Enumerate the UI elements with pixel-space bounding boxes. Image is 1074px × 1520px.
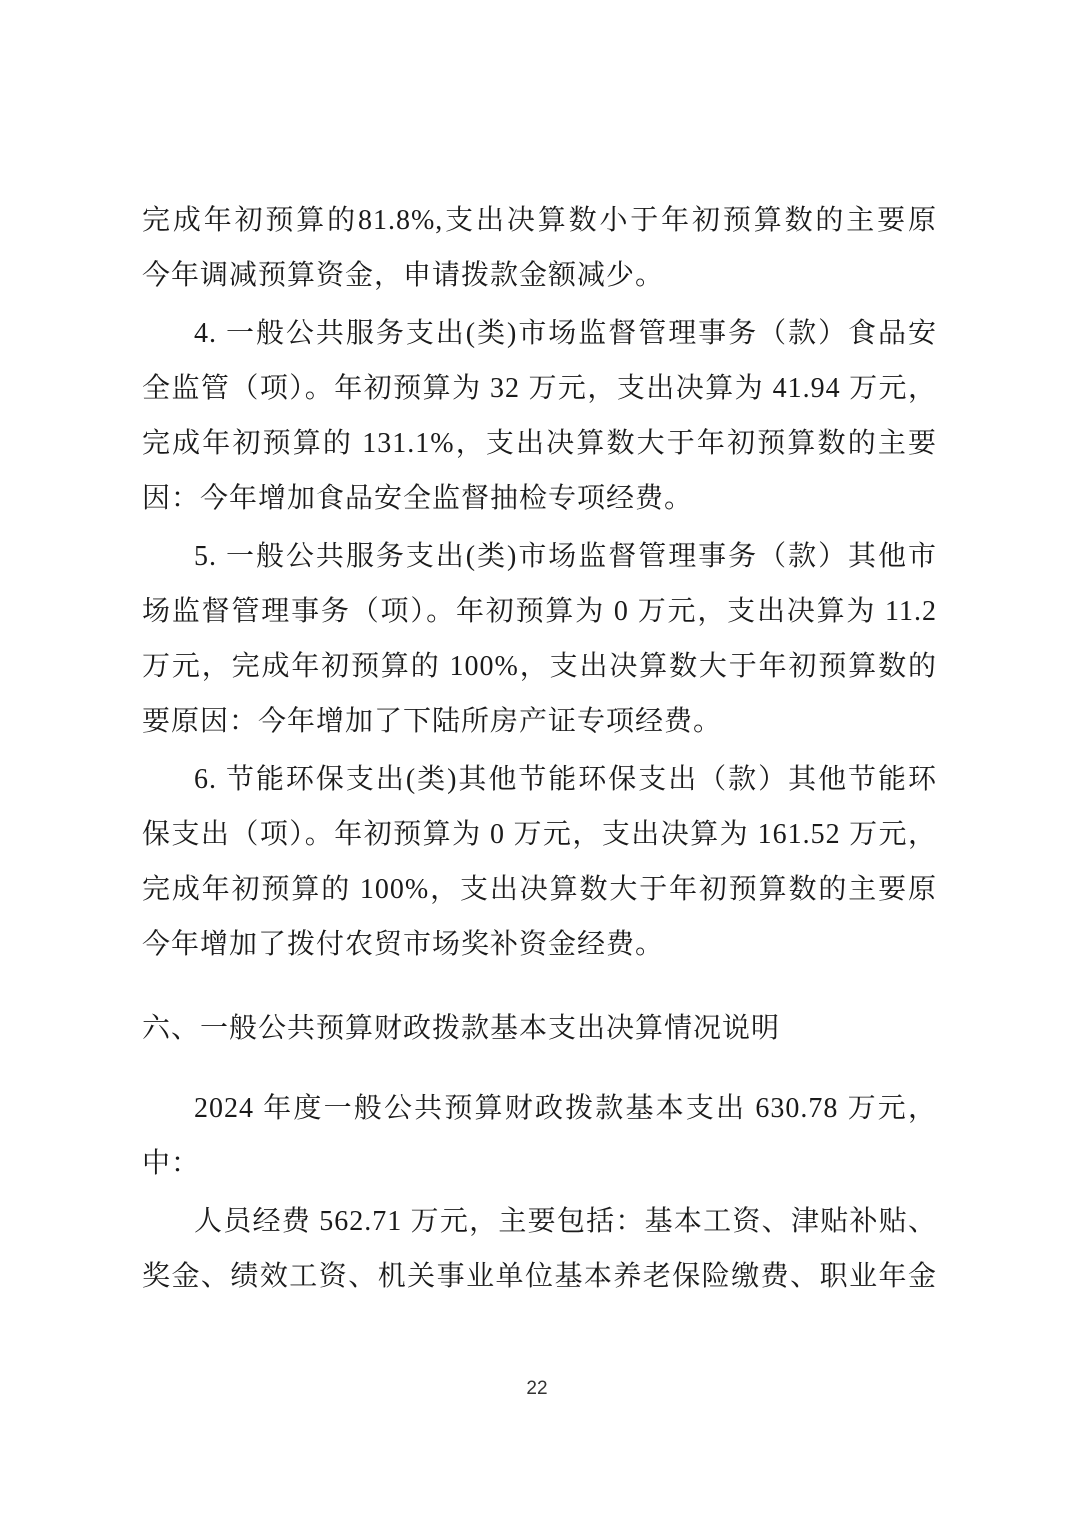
document-body: 完成年初预算的81.8%,支出决算数小于年初预算数的主要原因：今年调减预算资金，… — [142, 193, 937, 1304]
text-line: 保支出（项）。年初预算为 0 万元，支出决算为 161.52 万元， — [142, 807, 937, 862]
text-line: 完成年初预算的81.8%,支出决算数小于年初预算数的主要原因： — [142, 193, 937, 248]
text-line: 4. 一般公共服务支出(类)市场监督管理事务（款）食品安 — [142, 306, 937, 361]
text-line: 2024 年度一般公共预算财政拨款基本支出 630.78 万元，其 — [142, 1081, 937, 1136]
text-line: 场监督管理事务（项）。年初预算为 0 万元，支出决算为 11.2 — [142, 584, 937, 639]
text-line: 要原因：今年增加了下陆所房产证专项经费。 — [142, 694, 937, 749]
text-line: 六、一般公共预算财政拨款基本支出决算情况说明 — [142, 1001, 937, 1056]
paragraph: 6. 节能环保支出(类)其他节能环保支出（款）其他节能环保支出（项）。年初预算为… — [142, 752, 937, 972]
text-line: 完成年初预算的 131.1%，支出决算数大于年初预算数的主要原 — [142, 416, 937, 471]
paragraph: 完成年初预算的81.8%,支出决算数小于年初预算数的主要原因：今年调减预算资金，… — [142, 193, 937, 303]
text-line: 5. 一般公共服务支出(类)市场监督管理事务（款）其他市 — [142, 529, 937, 584]
text-line: 今年调减预算资金，申请拨款金额减少。 — [142, 248, 937, 303]
text-line: 人员经费 562.71 万元，主要包括：基本工资、津贴补贴、 — [142, 1194, 937, 1249]
section-heading: 六、一般公共预算财政拨款基本支出决算情况说明 — [142, 1001, 937, 1056]
paragraph: 2024 年度一般公共预算财政拨款基本支出 630.78 万元，其中： — [142, 1081, 937, 1191]
text-line: 6. 节能环保支出(类)其他节能环保支出（款）其他节能环 — [142, 752, 937, 807]
text-line: 因：今年增加食品安全监督抽检专项经费。 — [142, 471, 937, 526]
paragraph: 人员经费 562.71 万元，主要包括：基本工资、津贴补贴、奖金、绩效工资、机关… — [142, 1194, 937, 1304]
page-footer: 22 — [0, 1378, 1074, 1400]
paragraph: 4. 一般公共服务支出(类)市场监督管理事务（款）食品安全监管（项）。年初预算为… — [142, 306, 937, 526]
document-page: 完成年初预算的81.8%,支出决算数小于年初预算数的主要原因：今年调减预算资金，… — [0, 0, 1074, 1520]
text-line: 今年增加了拨付农贸市场奖补资金经费。 — [142, 917, 937, 972]
text-line: 万元，完成年初预算的 100%，支出决算数大于年初预算数的主 — [142, 639, 937, 694]
paragraph: 5. 一般公共服务支出(类)市场监督管理事务（款）其他市场监督管理事务（项）。年… — [142, 529, 937, 749]
text-line: 完成年初预算的 100%，支出决算数大于年初预算数的主要原因： — [142, 862, 937, 917]
page-number: 22 — [526, 1378, 547, 1399]
text-line: 中： — [142, 1136, 937, 1191]
text-line: 奖金、绩效工资、机关事业单位基本养老保险缴费、职业年金缴 — [142, 1249, 937, 1304]
text-line: 全监管（项）。年初预算为 32 万元，支出决算为 41.94 万元， — [142, 361, 937, 416]
